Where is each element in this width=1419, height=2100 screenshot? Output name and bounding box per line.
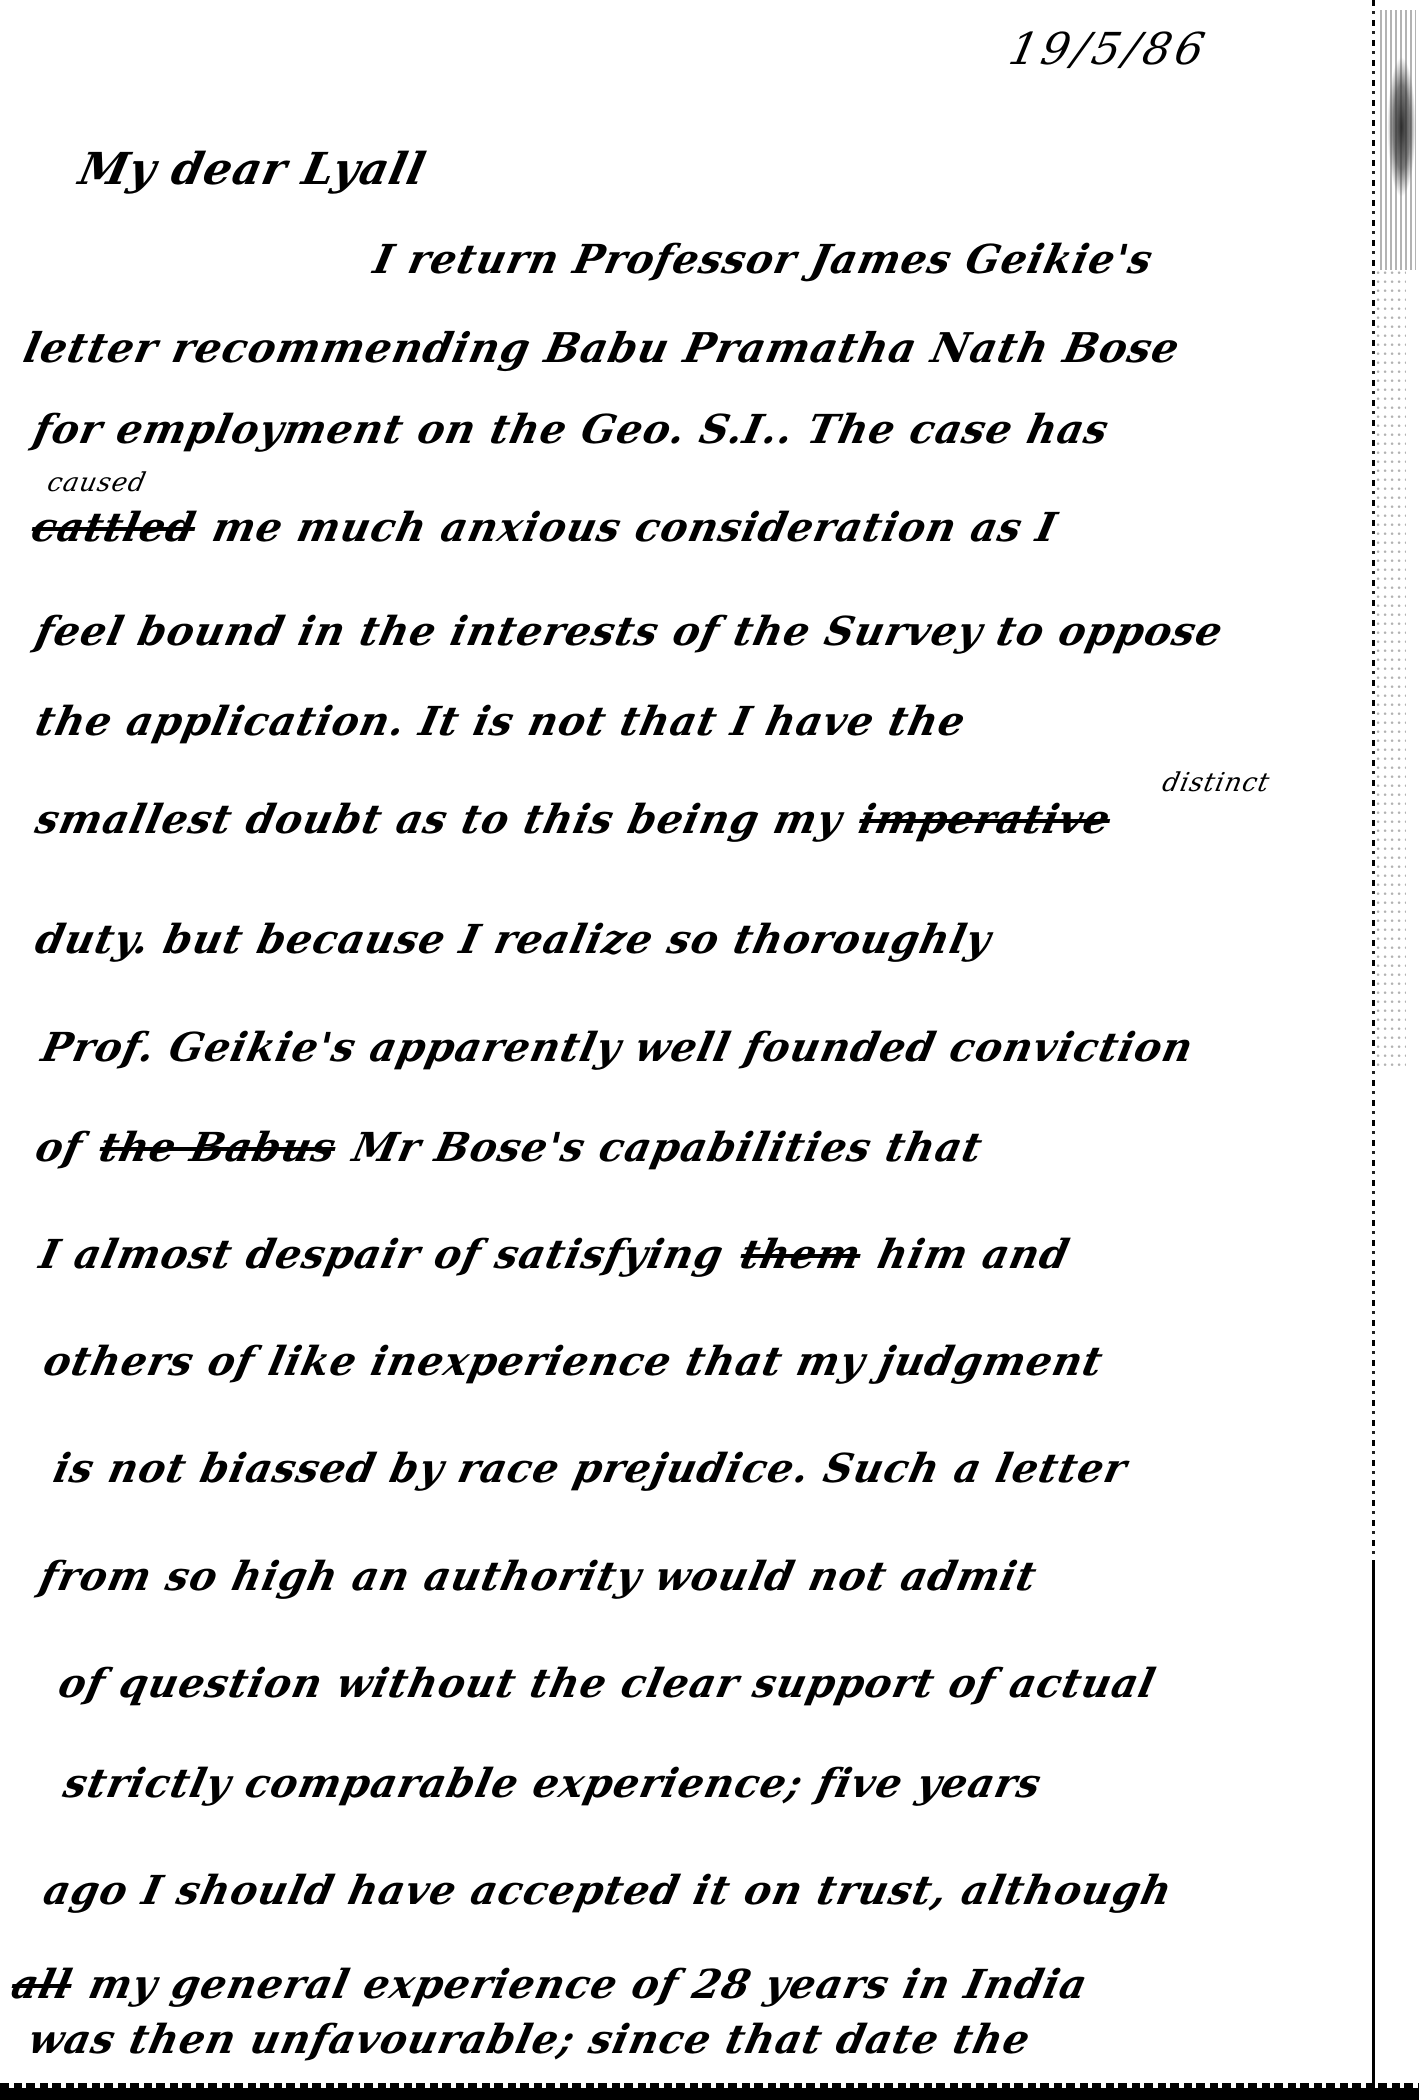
letter-line-9: Prof. Geikie's apparently well founded c… (38, 1028, 1197, 1068)
letter-line-18: allmy general experience of 28 years in … (8, 1965, 1091, 2005)
struck-word: the Babus (95, 1124, 340, 1171)
struck-word: all (7, 1961, 76, 2008)
line-text: him and (874, 1231, 1074, 1278)
letter-line-6: the application. It is not that I have t… (32, 702, 969, 742)
letter-line-2: letter recommending Babu Pramatha Nath B… (20, 328, 1184, 369)
letter-line-13: is not biassed by race prejudice. Such a… (50, 1449, 1131, 1489)
scan-speckle (1376, 270, 1406, 1070)
letter-line-11: I almost despair of satisfyingthemhim an… (36, 1235, 1073, 1275)
letter-line-5: feel bound in the interests of the Surve… (32, 612, 1227, 652)
letter-page: 19/5/86 My dear Lyall I return Professor… (0, 0, 1372, 2088)
interlinear-correction: distinct (1160, 770, 1272, 796)
struck-word: cattled (27, 504, 200, 551)
salutation: My dear Lyall (75, 148, 430, 192)
struck-word: imperative (855, 796, 1115, 843)
struck-word: them (736, 1231, 865, 1278)
scan-smudge (1380, 10, 1416, 270)
letter-line-19: was then unfavourable; since that date t… (25, 2020, 1034, 2060)
page-edge-solid (1372, 1560, 1375, 2092)
scan-bottom-edge (0, 2088, 1419, 2100)
letter-line-17: ago I should have accepted it on trust, … (40, 1871, 1176, 1911)
line-text: my general experience of 28 years in Ind… (85, 1961, 1092, 2008)
letter-line-12: others of like inexperience that my judg… (40, 1342, 1107, 1382)
interlinear-correction: caused (45, 470, 149, 496)
letter-line-8: duty. but because I realize so thoroughl… (32, 920, 995, 960)
letter-line-3: for employment on the Geo. S.I.. The cas… (30, 410, 1112, 450)
letter-line-16: strictly comparable experience; five yea… (60, 1764, 1045, 1804)
letter-line-4: cattledme much anxious consideration as … (28, 508, 1061, 548)
letter-line-1: I return Professor James Geikie's (370, 240, 1157, 280)
line-text: me much anxious consideration as I (208, 504, 1061, 551)
letter-line-15: of question without the clear support of… (55, 1664, 1159, 1704)
letter-line-7: smallest doubt as to this being myimpera… (32, 800, 1114, 840)
letter-line-14: from so high an authority would not admi… (36, 1557, 1041, 1597)
line-text: of (31, 1124, 87, 1171)
letter-line-10: ofthe BabusMr Bose's capabilities that (32, 1128, 986, 1168)
line-text: Mr Bose's capabilities that (348, 1124, 987, 1171)
line-text: smallest doubt as to this being my (31, 796, 846, 843)
letter-date: 19/5/86 (1005, 28, 1212, 72)
line-text: I almost despair of satisfying (35, 1231, 728, 1278)
